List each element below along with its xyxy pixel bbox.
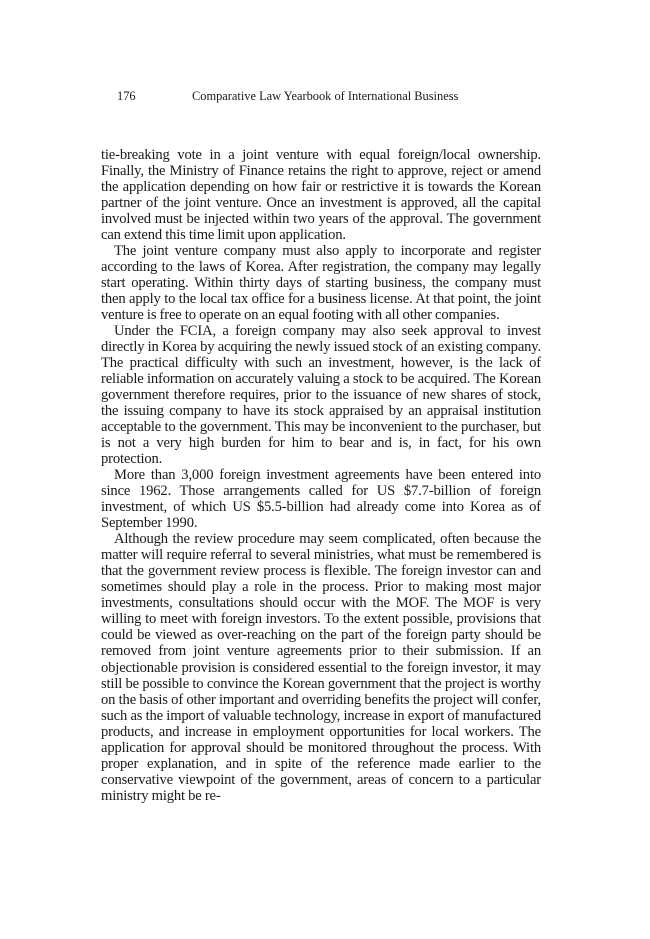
paragraph-stock-acquisition: Under the FCIA, a foreign company may al… [101,323,541,467]
paragraph-review-procedure: Although the review procedure may seem c… [101,531,541,803]
page-number: 176 [117,88,136,104]
paragraph-incorporation: The joint venture company must also appl… [101,243,541,323]
paragraph-investment-statistics: More than 3,000 foreign investment agree… [101,467,541,531]
running-title: Comparative Law Yearbook of Internationa… [192,88,458,104]
document-page: 176 Comparative Law Yearbook of Internat… [0,0,650,939]
body-text: tie-breaking vote in a joint venture wit… [101,147,541,804]
paragraph-continued: tie-breaking vote in a joint venture wit… [101,147,541,243]
